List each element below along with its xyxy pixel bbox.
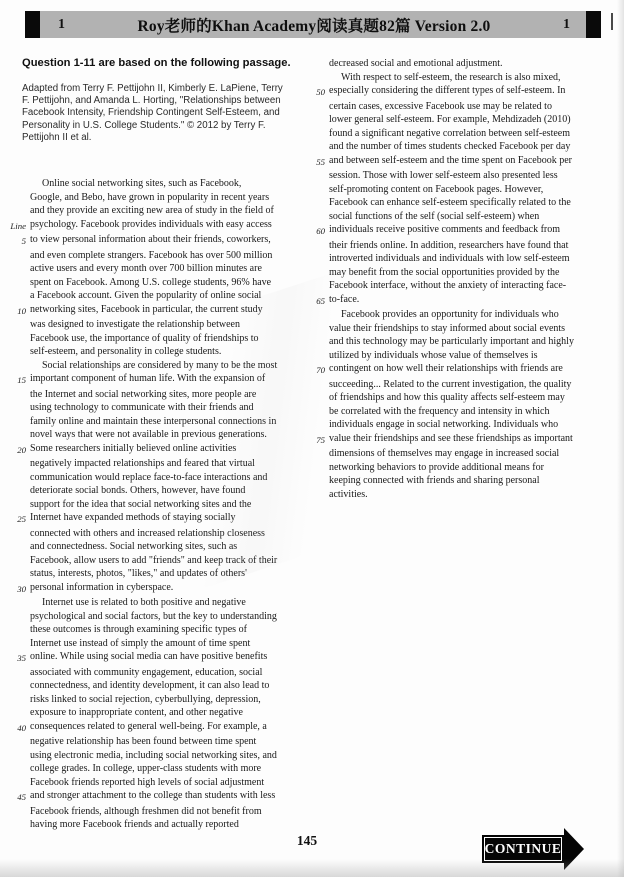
- passage-line-text: family online and maintain these interpe…: [30, 415, 311, 429]
- passage-line: 30personal information in cyberspace.: [5, 581, 311, 597]
- passage-line-text: individuals receive positive comments an…: [329, 223, 616, 239]
- passage-line-text: status, interests, photos, "likes," and …: [30, 567, 311, 581]
- passage-line-text: these outcomes is through examining spec…: [30, 623, 311, 637]
- passage-line-text: Facebook interface, without the anxiety …: [329, 279, 616, 293]
- passage-line: Facebook provides an opportunity for ind…: [304, 308, 616, 322]
- passage-line-text: Internet have expanded methods of stayin…: [30, 511, 311, 527]
- passage-line: using electronic media, including social…: [5, 749, 311, 763]
- passage-line: Google, and Bebo, have grown in populari…: [5, 191, 311, 205]
- document-page: 1 Roy老师的Khan Academy阅读真题82篇 Version 2.0 …: [0, 0, 624, 877]
- passage-line-text: self-promoting content on Facebook pages…: [329, 183, 616, 197]
- passage-line-text: and even complete strangers. Facebook ha…: [30, 249, 311, 263]
- line-number: [5, 666, 30, 680]
- line-number: [5, 749, 30, 763]
- passage-line: 75value their friendships and see these …: [304, 432, 616, 448]
- passage-line: 15important component of human life. Wit…: [5, 372, 311, 388]
- passage-line-text: and this technology may be particularly …: [329, 335, 616, 349]
- passage-line: 10networking sites, Facebook in particul…: [5, 303, 311, 319]
- passage-line-text: Facebook friends reported high levels of…: [30, 776, 311, 790]
- passage-line-text: using electronic media, including social…: [30, 749, 311, 763]
- passage-line-text: activities.: [329, 488, 616, 502]
- line-number: [5, 498, 30, 512]
- passage-line: their friends online. In addition, resea…: [304, 239, 616, 253]
- line-number: [304, 461, 329, 475]
- passage-column-left: Online social networking sites, such as …: [5, 177, 311, 832]
- passage-line-text: college grades. In college, upper-class …: [30, 762, 311, 776]
- line-number: [5, 318, 30, 332]
- line-number: 55: [304, 154, 329, 170]
- passage-line: individuals engage in social networking.…: [304, 418, 616, 432]
- passage-line: keeping connected with friends and shari…: [304, 474, 616, 488]
- passage-line: and this technology may be particularly …: [304, 335, 616, 349]
- line-number: [5, 471, 30, 485]
- passage-line: value their friendships to stay informed…: [304, 322, 616, 336]
- passage-line: activities.: [304, 488, 616, 502]
- passage-line: active users and every month over 700 bi…: [5, 262, 311, 276]
- header-title: Roy老师的Khan Academy阅读真题82篇 Version 2.0: [65, 14, 563, 36]
- passage-line: Facebook friends reported high levels of…: [5, 776, 311, 790]
- passage-line-text: connected with others and increased rela…: [30, 527, 311, 541]
- line-number: [5, 805, 30, 819]
- passage-line: Facebook, allow users to add "friends" a…: [5, 554, 311, 568]
- line-number: [5, 359, 30, 373]
- passage-line-text: social functions of the self (social sel…: [329, 210, 616, 224]
- passage-line-text: Social relationships are considered by m…: [30, 359, 311, 373]
- passage-line: Facebook interface, without the anxiety …: [304, 279, 616, 293]
- line-number: [5, 623, 30, 637]
- line-number: [5, 762, 30, 776]
- passage-line: spent on Facebook. Among U.S. college st…: [5, 276, 311, 290]
- line-number: [304, 279, 329, 293]
- passage-line-text: support for the idea that social network…: [30, 498, 311, 512]
- passage-line-text: exposure to inappropriate content, and o…: [30, 706, 311, 720]
- line-number: 50: [304, 84, 329, 100]
- passage-line: Facebook friends, although freshmen did …: [5, 805, 311, 819]
- attribution-line: Pettijohn II et al.: [22, 132, 311, 144]
- passage-line-text: keeping connected with friends and shari…: [329, 474, 616, 488]
- line-number: [304, 210, 329, 224]
- line-number: [5, 484, 30, 498]
- passage-line-text: Internet use instead of simply the amoun…: [30, 637, 311, 651]
- passage-line-text: Internet use is related to both positive…: [30, 596, 311, 610]
- passage-line: Linepsychology. Facebook provides indivi…: [5, 218, 311, 234]
- line-number: [304, 140, 329, 154]
- line-number: [304, 196, 329, 210]
- passage-line: Facebook use, the importance of quality …: [5, 332, 311, 346]
- line-number: 30: [5, 581, 30, 597]
- passage-line: negative relationship has been found bet…: [5, 735, 311, 749]
- passage-line: Facebook can enhance self-esteem specifi…: [304, 196, 616, 210]
- passage-line-text: deteriorate social bonds. Others, howeve…: [30, 484, 311, 498]
- passage-line-text: a Facebook account. Given the popularity…: [30, 289, 311, 303]
- passage-line-text: Some researchers initially believed onli…: [30, 442, 311, 458]
- passage-line-text: especially considering the different typ…: [329, 84, 616, 100]
- passage-line-text: connectedness, and identity development,…: [30, 679, 311, 693]
- question-intro: Question 1-11 are based on the following…: [22, 57, 311, 69]
- passage-line-text: novel ways that were not available in pr…: [30, 428, 311, 442]
- line-number: [304, 378, 329, 392]
- continue-button-body: CONTINUE: [482, 835, 564, 863]
- passage-line: of friendships and how this quality affe…: [304, 391, 616, 405]
- passage-line-text: and between self-esteem and the time spe…: [329, 154, 616, 170]
- continue-arrow-icon: [564, 828, 584, 870]
- passage-line: using technology to communicate with the…: [5, 401, 311, 415]
- passage-line-text: Google, and Bebo, have grown in populari…: [30, 191, 311, 205]
- passage-line-text: found a significant negative correlation…: [329, 127, 616, 141]
- passage-line: Internet use is related to both positive…: [5, 596, 311, 610]
- passage-line-text: be correlated with the frequency and int…: [329, 405, 616, 419]
- line-number: [304, 349, 329, 363]
- passage-line-text: Facebook use, the importance of quality …: [30, 332, 311, 346]
- passage-line: status, interests, photos, "likes," and …: [5, 567, 311, 581]
- passage-line: family online and maintain these interpe…: [5, 415, 311, 429]
- line-number: [304, 474, 329, 488]
- line-number: [304, 113, 329, 127]
- passage-line: introverted individuals and individuals …: [304, 252, 616, 266]
- passage-line-text: risks linked to social rejection, cyberb…: [30, 693, 311, 707]
- passage-attribution: Adapted from Terry F. Pettijohn II, Kimb…: [22, 83, 311, 144]
- passage-line: 70contingent on how well their relations…: [304, 362, 616, 378]
- passage-line-text: to view personal information about their…: [30, 233, 311, 249]
- passage-line-text: and the number of times students checked…: [329, 140, 616, 154]
- line-number: [304, 239, 329, 253]
- passage-line-text: using technology to communicate with the…: [30, 401, 311, 415]
- passage-line: 20Some researchers initially believed on…: [5, 442, 311, 458]
- passage-line: 45and stronger attachment to the college…: [5, 789, 311, 805]
- line-number: 15: [5, 372, 30, 388]
- left-column: Question 1-11 are based on the following…: [5, 57, 311, 832]
- passage-line-text: personal information in cyberspace.: [30, 581, 311, 597]
- passage-line: 60individuals receive positive comments …: [304, 223, 616, 239]
- passage-column-right: decreased social and emotional adjustmen…: [304, 57, 616, 501]
- passage-line-text: communication would replace face-to-face…: [30, 471, 311, 485]
- line-number: [304, 266, 329, 280]
- line-number: [5, 679, 30, 693]
- passage-line-text: psychology. Facebook provides individual…: [30, 218, 311, 234]
- line-number: [304, 169, 329, 183]
- line-number: [5, 567, 30, 581]
- passage-line: may benefit from the social opportunitie…: [304, 266, 616, 280]
- line-number: [5, 637, 30, 651]
- passage-line-text: of friendships and how this quality affe…: [329, 391, 616, 405]
- passage-line: Internet use instead of simply the amoun…: [5, 637, 311, 651]
- passage-line-text: Facebook friends, although freshmen did …: [30, 805, 311, 819]
- line-number: [304, 391, 329, 405]
- scan-artifact-mark: [611, 13, 613, 30]
- passage-line: 25Internet have expanded methods of stay…: [5, 511, 311, 527]
- line-number: [304, 308, 329, 322]
- right-column: decreased social and emotional adjustmen…: [304, 57, 616, 501]
- passage-line-text: introverted individuals and individuals …: [329, 252, 616, 266]
- line-number: [5, 289, 30, 303]
- passage-line: deteriorate social bonds. Others, howeve…: [5, 484, 311, 498]
- line-number: [5, 276, 30, 290]
- passage-line-text: the Internet and social networking sites…: [30, 388, 311, 402]
- passage-line: 65to-face.: [304, 293, 616, 309]
- passage-line: decreased social and emotional adjustmen…: [304, 57, 616, 71]
- passage-line: and they provide an exciting new area of…: [5, 204, 311, 218]
- passage-line-text: spent on Facebook. Among U.S. college st…: [30, 276, 311, 290]
- line-number: [5, 776, 30, 790]
- passage-line: With respect to self-esteem, the researc…: [304, 71, 616, 85]
- line-number: 75: [304, 432, 329, 448]
- passage-line-text: online. While using social media can hav…: [30, 650, 311, 666]
- passage-line: risks linked to social rejection, cyberb…: [5, 693, 311, 707]
- passage-line: 5to view personal information about thei…: [5, 233, 311, 249]
- line-number: [304, 183, 329, 197]
- passage-line-text: was designed to investigate the relation…: [30, 318, 311, 332]
- attribution-line: Adapted from Terry F. Pettijohn II, Kimb…: [22, 83, 311, 95]
- line-number: [5, 610, 30, 624]
- line-number: [5, 818, 30, 832]
- header-page-number-left: 1: [58, 17, 65, 33]
- attribution-line: Personality in U.S. College Students." ©…: [22, 120, 311, 132]
- passage-line: Online social networking sites, such as …: [5, 177, 311, 191]
- passage-line-text: utilized by individuals whose value of t…: [329, 349, 616, 363]
- line-number: [5, 596, 30, 610]
- passage-line: connectedness, and identity development,…: [5, 679, 311, 693]
- passage-line-text: having more Facebook friends and actuall…: [30, 818, 311, 832]
- passage-line-text: to-face.: [329, 293, 616, 309]
- passage-line: and the number of times students checked…: [304, 140, 616, 154]
- line-number: [5, 540, 30, 554]
- passage-line: college grades. In college, upper-class …: [5, 762, 311, 776]
- line-number: [5, 415, 30, 429]
- passage-line: 40consequences related to general well-b…: [5, 720, 311, 736]
- line-number: [304, 447, 329, 461]
- line-number: [5, 706, 30, 720]
- passage-line: networking behaviors to provide addition…: [304, 461, 616, 475]
- line-number: [304, 127, 329, 141]
- passage-line-text: value their friendships and see these fr…: [329, 432, 616, 448]
- passage-line: novel ways that were not available in pr…: [5, 428, 311, 442]
- line-number: 65: [304, 293, 329, 309]
- passage-line-text: certain cases, excessive Facebook use ma…: [329, 100, 616, 114]
- scan-edge-shade-right: [617, 0, 624, 877]
- line-number: [5, 554, 30, 568]
- passage-line-text: self-esteem, and personality in college …: [30, 345, 311, 359]
- line-number: 40: [5, 720, 30, 736]
- line-number: 5: [5, 233, 30, 249]
- passage-line: these outcomes is through examining spec…: [5, 623, 311, 637]
- passage-line-text: Online social networking sites, such as …: [30, 177, 311, 191]
- passage-line-text: associated with community engagement, ed…: [30, 666, 311, 680]
- line-number: [5, 428, 30, 442]
- line-number: [5, 735, 30, 749]
- header-page-number-right: 1: [563, 17, 570, 33]
- passage-line: exposure to inappropriate content, and o…: [5, 706, 311, 720]
- passage-line-text: and connectedness. Social networking sit…: [30, 540, 311, 554]
- passage-line: social functions of the self (social sel…: [304, 210, 616, 224]
- page-header: 1 Roy老师的Khan Academy阅读真题82篇 Version 2.0 …: [25, 11, 601, 38]
- line-number: 25: [5, 511, 30, 527]
- continue-label: CONTINUE: [485, 841, 562, 857]
- passage-line-text: their friends online. In addition, resea…: [329, 239, 616, 253]
- line-number: 60: [304, 223, 329, 239]
- passage-line: Social relationships are considered by m…: [5, 359, 311, 373]
- line-number: [304, 418, 329, 432]
- line-number: 10: [5, 303, 30, 319]
- line-number: [5, 388, 30, 402]
- line-number: [5, 401, 30, 415]
- passage-line: a Facebook account. Given the popularity…: [5, 289, 311, 303]
- passage-line: negatively impacted relationships and fe…: [5, 457, 311, 471]
- passage-line-text: lower general self-esteem. For example, …: [329, 113, 616, 127]
- line-number: [5, 527, 30, 541]
- passage-line-text: may benefit from the social opportunitie…: [329, 266, 616, 280]
- passage-line: associated with community engagement, ed…: [5, 666, 311, 680]
- line-number: [5, 191, 30, 205]
- passage-line-text: and they provide an exciting new area of…: [30, 204, 311, 218]
- passage-line: certain cases, excessive Facebook use ma…: [304, 100, 616, 114]
- passage-line: 35online. While using social media can h…: [5, 650, 311, 666]
- passage-line: and even complete strangers. Facebook ha…: [5, 249, 311, 263]
- line-number: [5, 345, 30, 359]
- passage-line: 55and between self-esteem and the time s…: [304, 154, 616, 170]
- passage-line-text: contingent on how well their relationshi…: [329, 362, 616, 378]
- passage-line: 50especially considering the different t…: [304, 84, 616, 100]
- line-number: [5, 693, 30, 707]
- passage-line: having more Facebook friends and actuall…: [5, 818, 311, 832]
- passage-line-text: Facebook can enhance self-esteem specifi…: [329, 196, 616, 210]
- passage-line-text: networking behaviors to provide addition…: [329, 461, 616, 475]
- line-number: [5, 262, 30, 276]
- passage-line: succeeding... Related to the current inv…: [304, 378, 616, 392]
- passage-line-text: individuals engage in social networking.…: [329, 418, 616, 432]
- line-number: [5, 332, 30, 346]
- passage-line: utilized by individuals whose value of t…: [304, 349, 616, 363]
- line-number: 35: [5, 650, 30, 666]
- passage-line: lower general self-esteem. For example, …: [304, 113, 616, 127]
- passage-line-text: Facebook provides an opportunity for ind…: [329, 308, 616, 322]
- continue-button[interactable]: CONTINUE: [482, 828, 584, 870]
- passage-line: the Internet and social networking sites…: [5, 388, 311, 402]
- passage-line-text: and stronger attachment to the college t…: [30, 789, 311, 805]
- passage-line: self-promoting content on Facebook pages…: [304, 183, 616, 197]
- passage-line-text: active users and every month over 700 bi…: [30, 262, 311, 276]
- passage-line: was designed to investigate the relation…: [5, 318, 311, 332]
- passage-line: connected with others and increased rela…: [5, 527, 311, 541]
- line-number: [304, 252, 329, 266]
- passage-line-text: succeeding... Related to the current inv…: [329, 378, 616, 392]
- passage-line-text: negative relationship has been found bet…: [30, 735, 311, 749]
- passage-line: psychological and social factors, but th…: [5, 610, 311, 624]
- line-number: [304, 405, 329, 419]
- passage-line-text: consequences related to general well-bei…: [30, 720, 311, 736]
- passage-line-text: negatively impacted relationships and fe…: [30, 457, 311, 471]
- passage-line: and connectedness. Social networking sit…: [5, 540, 311, 554]
- attribution-line: Facebook Intensity, Friendship Contingen…: [22, 107, 311, 119]
- line-number: [304, 488, 329, 502]
- passage-line: self-esteem, and personality in college …: [5, 345, 311, 359]
- line-number: [5, 249, 30, 263]
- line-number: 70: [304, 362, 329, 378]
- line-number: 20: [5, 442, 30, 458]
- header-right-black-block: [586, 11, 601, 38]
- line-number: [5, 177, 30, 191]
- passage-line-text: With respect to self-esteem, the researc…: [329, 71, 616, 85]
- line-number: [5, 457, 30, 471]
- line-number: 45: [5, 789, 30, 805]
- attribution-line: F. Pettijohn, and Amanda L. Horting, "Re…: [22, 95, 311, 107]
- passage-line: dimensions of themselves may engage in i…: [304, 447, 616, 461]
- line-number: [304, 322, 329, 336]
- passage-line: support for the idea that social network…: [5, 498, 311, 512]
- passage-line-text: value their friendships to stay informed…: [329, 322, 616, 336]
- line-number: [304, 335, 329, 349]
- line-number: [5, 204, 30, 218]
- passage-line: session. Those with lower self-esteem al…: [304, 169, 616, 183]
- header-left-black-block: [25, 11, 40, 38]
- passage-line-text: psychological and social factors, but th…: [30, 610, 311, 624]
- passage-line-text: important component of human life. With …: [30, 372, 311, 388]
- passage-line-text: dimensions of themselves may engage in i…: [329, 447, 616, 461]
- passage-line: communication would replace face-to-face…: [5, 471, 311, 485]
- line-number: [304, 100, 329, 114]
- line-number: Line: [5, 218, 30, 234]
- line-number: [304, 71, 329, 85]
- passage-line: be correlated with the frequency and int…: [304, 405, 616, 419]
- line-number: [304, 57, 329, 71]
- passage-line-text: decreased social and emotional adjustmen…: [329, 57, 616, 71]
- passage-line-text: networking sites, Facebook in particular…: [30, 303, 311, 319]
- passage-line: found a significant negative correlation…: [304, 127, 616, 141]
- passage-line-text: session. Those with lower self-esteem al…: [329, 169, 616, 183]
- passage-line-text: Facebook, allow users to add "friends" a…: [30, 554, 311, 568]
